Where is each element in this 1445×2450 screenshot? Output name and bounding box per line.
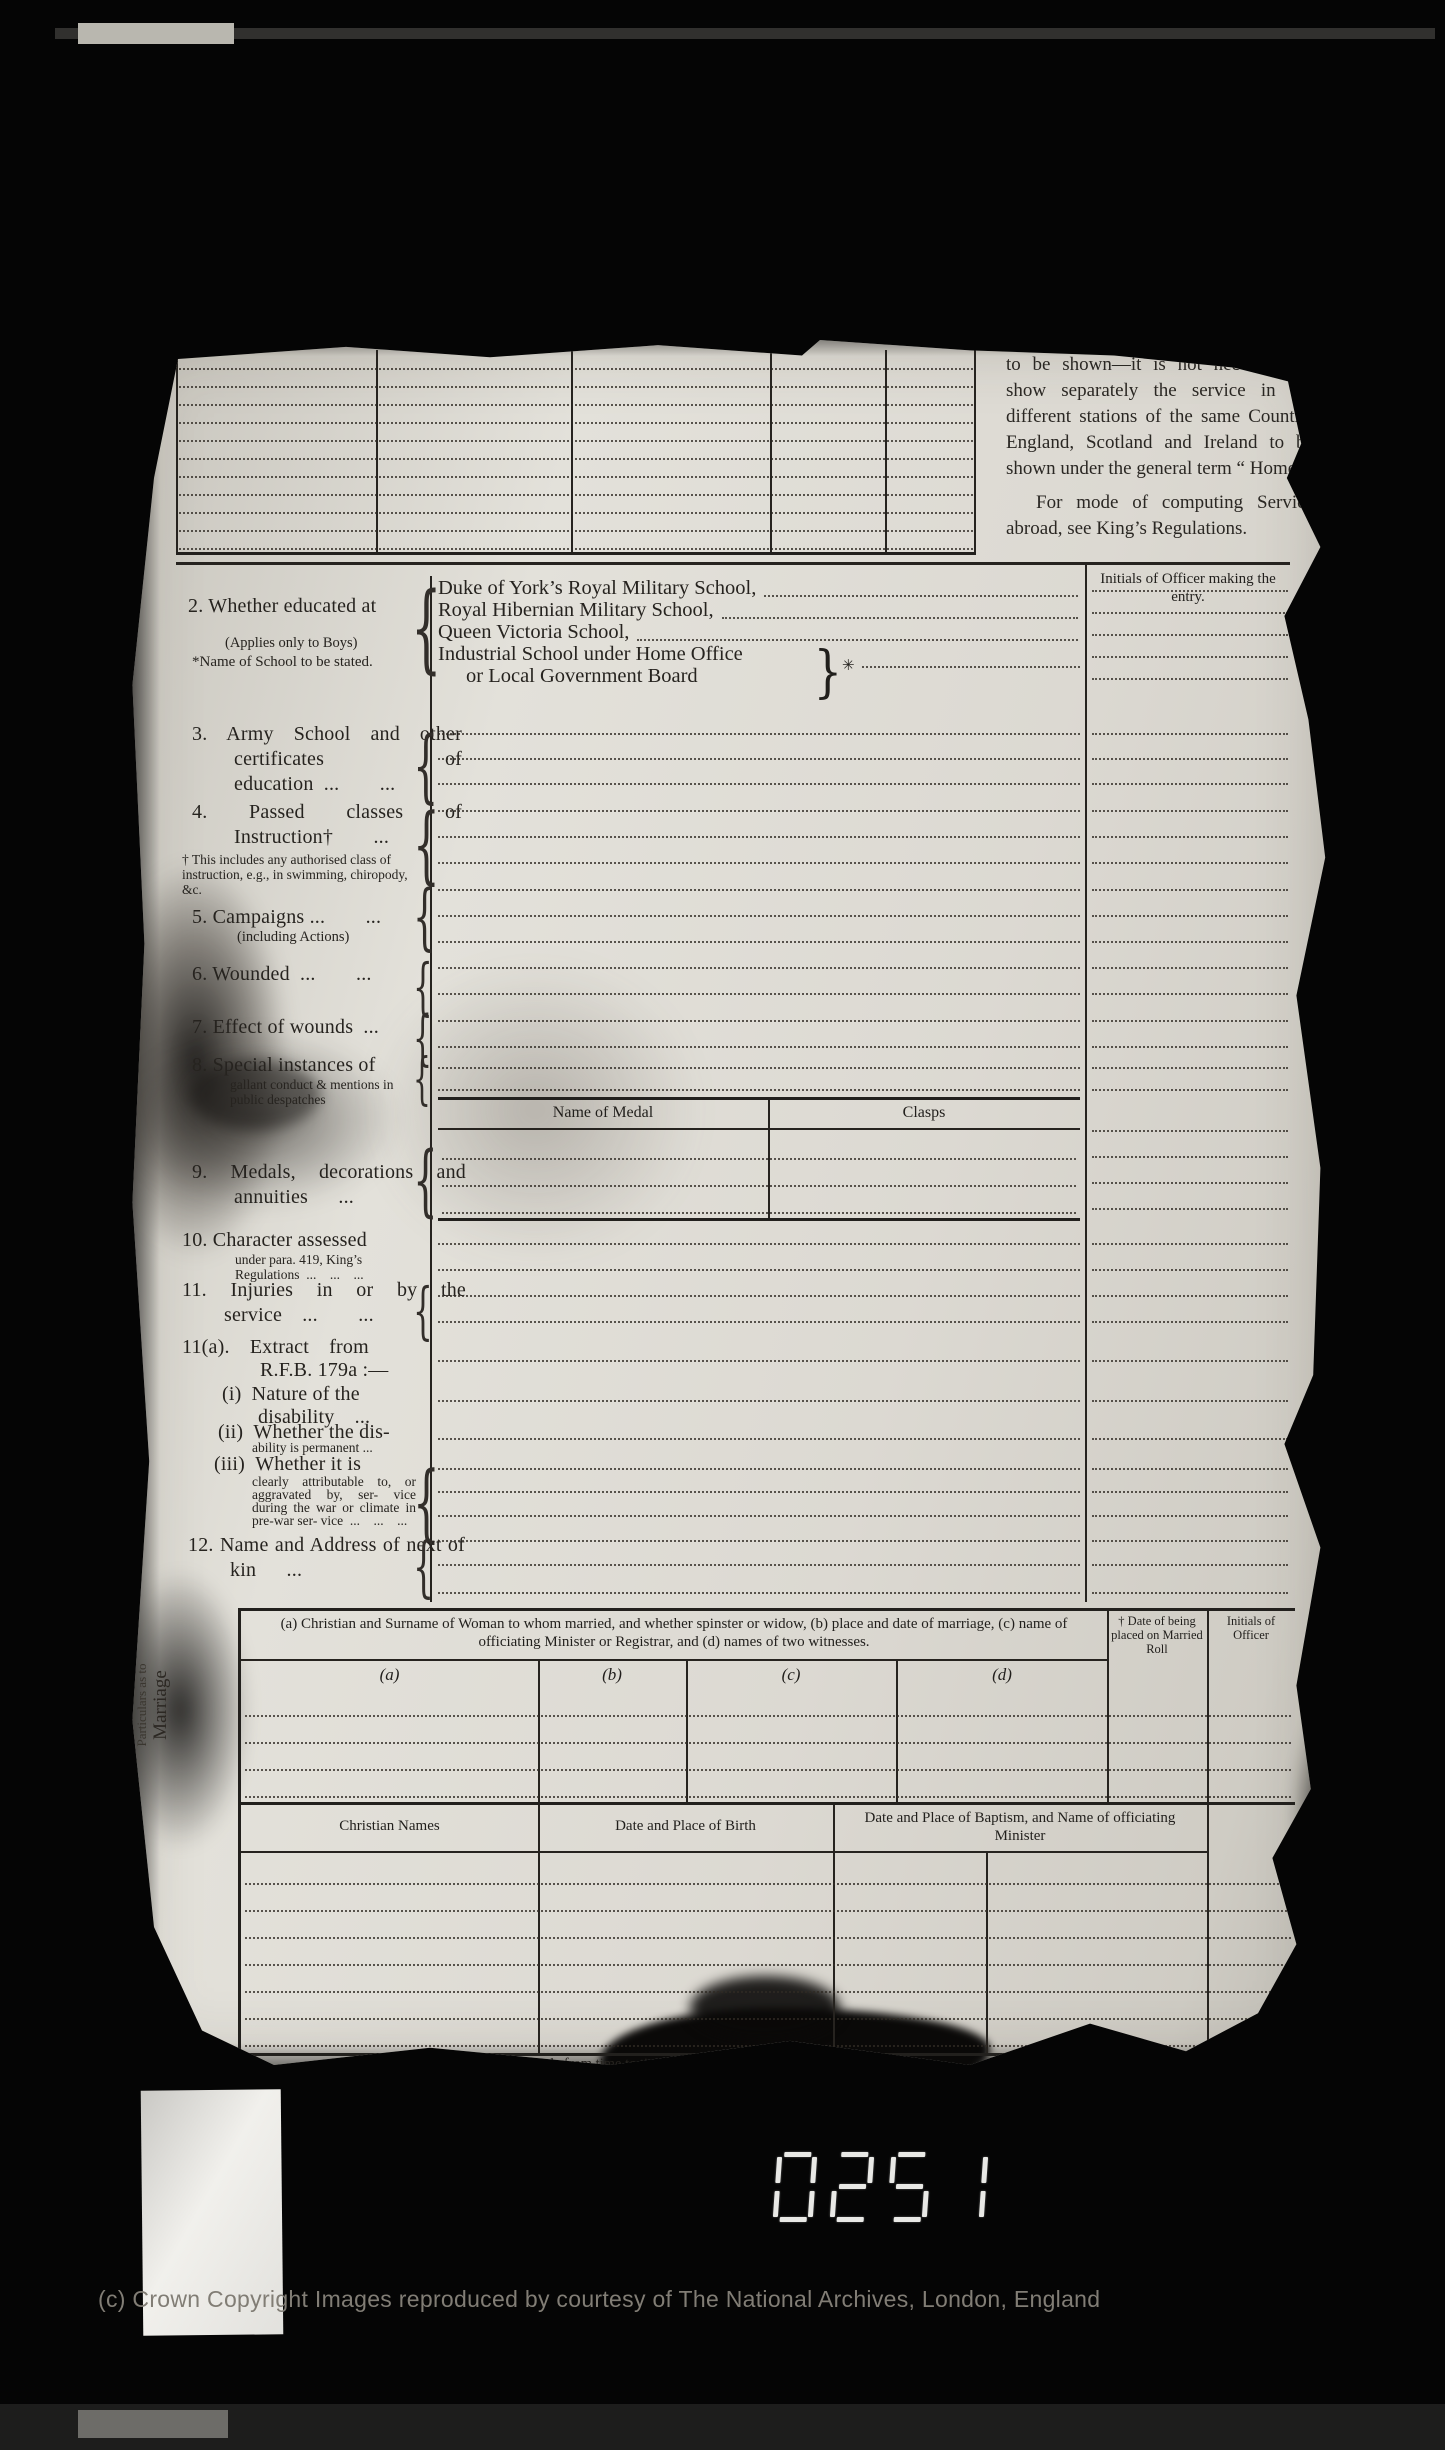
grid-line xyxy=(176,350,178,552)
dotted-rule xyxy=(1092,1468,1288,1470)
dotted-rule xyxy=(1092,1295,1288,1297)
dotted-rule xyxy=(442,1158,1076,1160)
section-2-title: 2. Whether educated at xyxy=(188,594,426,619)
digit-segment xyxy=(808,2191,815,2217)
section-7-title: 7. Effect of wounds ... xyxy=(192,1015,379,1040)
dotted-rule xyxy=(438,862,1080,864)
dotted-rule xyxy=(1092,1491,1288,1493)
digit-segment xyxy=(889,2157,896,2183)
section-5-note: (including Actions) xyxy=(237,930,349,945)
digit-segment xyxy=(896,2184,923,2189)
children-rows xyxy=(245,1805,1291,2053)
section-11a-iii-note: clearly attributable to, or aggravated b… xyxy=(252,1475,416,1527)
dotted-rule xyxy=(438,967,1080,969)
digit-segment xyxy=(837,2217,864,2222)
dotted-rule xyxy=(245,1991,1291,1993)
children-table: Christian Names Date and Place of Birth … xyxy=(238,1802,1295,2056)
dotted-rule xyxy=(1092,1540,1288,1542)
dotted-rule xyxy=(245,1937,1291,1939)
dotted-rule xyxy=(438,1515,1080,1517)
dotted-rule xyxy=(1092,678,1288,680)
side-label-line: Particulars as to xyxy=(134,1620,150,1790)
dotted-rule xyxy=(438,1067,1080,1069)
dotted-rule xyxy=(1092,993,1288,995)
dotted-rule xyxy=(1092,1400,1288,1402)
dotted-rule xyxy=(1092,1243,1288,1245)
marriage-rows xyxy=(245,1611,1291,1803)
digit-segment xyxy=(830,2191,837,2217)
dotted-rule xyxy=(1092,1515,1288,1517)
dotted-rule xyxy=(438,758,1080,760)
section-8-note: gallant conduct & mentions in public des… xyxy=(230,1077,420,1107)
dotted-rule xyxy=(438,1243,1080,1245)
copyright-text: (c) Crown Copyright Images reproduced by… xyxy=(98,2286,1388,2313)
frame-counter xyxy=(773,2152,989,2222)
dotted-rule xyxy=(442,1212,1076,1214)
seven-segment-digit xyxy=(944,2152,989,2222)
brace-glyph: { xyxy=(413,1280,433,1342)
scanner-top-strip xyxy=(55,28,1435,39)
digit-segment xyxy=(841,2152,868,2157)
dotted-rule xyxy=(438,1046,1080,1048)
dotted-rule xyxy=(1092,1046,1288,1048)
seven-segment-digit xyxy=(887,2152,932,2222)
footer-note: NOTE.—These entries are to be made from … xyxy=(260,2056,1190,2107)
section-11a-title-2: R.F.B. 179a :— xyxy=(260,1358,388,1383)
section-8-title: 8. Special instances of xyxy=(192,1053,375,1078)
dotted-rule xyxy=(1092,1156,1288,1158)
dotted-rule xyxy=(438,941,1080,943)
digit-segment xyxy=(979,2191,986,2217)
dotted-rule xyxy=(438,915,1080,917)
grid-line xyxy=(376,350,378,552)
side-label-line: Marriage xyxy=(150,1620,172,1790)
seven-segment-digit xyxy=(773,2152,818,2222)
dotted-rule xyxy=(1092,1438,1288,1440)
dotted-rule xyxy=(438,733,1080,735)
dotted-rule xyxy=(438,1491,1080,1493)
dotted-rule xyxy=(245,2018,1291,2020)
dotted-rule xyxy=(438,1564,1080,1566)
brace-glyph: { xyxy=(411,580,442,676)
dotted-rule xyxy=(438,993,1080,995)
digit-segment xyxy=(780,2217,807,2222)
footer-note-line: To be ruled through (a) in the case of a… xyxy=(260,2073,1190,2090)
dotted-rule xyxy=(1092,1089,1288,1091)
medal-rows xyxy=(442,1100,1076,1218)
scanned-form-page: to be shown—it is not necessary to show … xyxy=(130,340,1330,2065)
dotted-rule xyxy=(245,1715,1291,1717)
brace-glyph: { xyxy=(413,726,438,806)
digit-segment xyxy=(773,2191,780,2217)
ink-stain xyxy=(110,1570,250,1850)
dotted-rule xyxy=(438,836,1080,838)
dotted-rule xyxy=(1092,1321,1288,1323)
digit-segment xyxy=(981,2157,988,2183)
dotted-rule xyxy=(1092,862,1288,864)
dotted-rule xyxy=(1092,1360,1288,1362)
dotted-rule xyxy=(1092,1067,1288,1069)
medal-table: Name of Medal Clasps xyxy=(438,1097,1080,1221)
dotted-rule xyxy=(1092,941,1288,943)
digit-segment xyxy=(898,2152,925,2157)
brace-glyph: { xyxy=(413,880,436,952)
brace-glyph: { xyxy=(413,1142,438,1220)
dotted-rule xyxy=(438,810,1080,812)
dotted-rule xyxy=(1092,656,1288,658)
digit-segment xyxy=(775,2157,782,2183)
scanner-top-tab xyxy=(78,23,234,44)
digit-segment xyxy=(922,2191,929,2217)
edge-shadow xyxy=(130,340,160,2065)
dotted-rule xyxy=(1092,758,1288,760)
dotted-rule xyxy=(245,1769,1291,1771)
scanner-bottom-tab xyxy=(78,2410,228,2438)
dotted-rule xyxy=(1092,915,1288,917)
dotted-rule xyxy=(438,1089,1080,1091)
dotted-rule xyxy=(438,1540,1080,1542)
dotted-rule xyxy=(1092,634,1288,636)
dotted-rule xyxy=(442,1185,1076,1187)
dotted-rule xyxy=(1092,1208,1288,1210)
dotted-rule xyxy=(438,783,1080,785)
dotted-rule xyxy=(1092,1564,1288,1566)
seven-segment-digit xyxy=(830,2152,875,2222)
scanner-viewport: to be shown—it is not necessary to show … xyxy=(0,0,1445,2450)
dotted-rule xyxy=(245,1742,1291,1744)
dotted-rule xyxy=(245,1964,1291,1966)
brace-glyph: { xyxy=(413,1534,434,1600)
section-11a-i: (i) Nature of the xyxy=(222,1382,360,1407)
dotted-rule xyxy=(1092,1020,1288,1022)
digit-segment xyxy=(839,2184,866,2189)
dotted-rule xyxy=(1092,612,1288,614)
section-4-note: † This includes any authorised class of … xyxy=(182,852,414,897)
dotted-rule xyxy=(438,1269,1080,1271)
section-6-title: 6. Wounded ... ... xyxy=(192,962,372,987)
digit-segment xyxy=(810,2157,817,2183)
digit-segment xyxy=(894,2217,921,2222)
dotted-rule xyxy=(438,889,1080,891)
section-5-title: 5. Campaigns ... ... xyxy=(192,905,381,930)
marriage-table: (a) Christian and Surname of Woman to wh… xyxy=(238,1608,1295,1803)
dotted-rule xyxy=(1092,889,1288,891)
dotted-rule xyxy=(245,1910,1291,1912)
marriage-side-label: Particulars as to Marriage xyxy=(134,1620,180,1790)
section-2-note: *Name of School to be stated. xyxy=(192,655,373,670)
dotted-rule xyxy=(438,1020,1080,1022)
dotted-rule xyxy=(245,1796,1291,1798)
dotted-rule xyxy=(1092,836,1288,838)
dotted-rule xyxy=(1092,733,1288,735)
dotted-rule xyxy=(1092,1269,1288,1271)
dotted-rule xyxy=(1092,1130,1288,1132)
footer-note-line: soldier is xyxy=(260,2090,1190,2107)
section-2-note: (Applies only to Boys) xyxy=(225,636,358,651)
dotted-rule xyxy=(438,1468,1080,1470)
dotted-rule xyxy=(1092,590,1288,592)
dotted-rule xyxy=(1092,1592,1288,1594)
dotted-rule xyxy=(438,1438,1080,1440)
dotted-rule xyxy=(1092,967,1288,969)
section-11a-title: 11(a). Extract from xyxy=(182,1335,369,1360)
dotted-rule xyxy=(438,1321,1080,1323)
form-rule xyxy=(1085,562,1087,1602)
dotted-rule xyxy=(1092,810,1288,812)
dotted-rule xyxy=(1092,1182,1288,1184)
dotted-rule xyxy=(438,1295,1080,1297)
brace-glyph: { xyxy=(413,1052,431,1108)
footer-note-line: NOTE.—These entries are to be made from … xyxy=(260,2056,1190,2073)
dotted-rule xyxy=(438,1592,1080,1594)
dotted-rule xyxy=(245,2045,1291,2047)
dotted-rule xyxy=(1092,783,1288,785)
digit-segment xyxy=(867,2157,874,2183)
digit-segment xyxy=(784,2152,811,2157)
section-10-title: 10. Character assessed xyxy=(182,1228,367,1253)
dotted-rule xyxy=(438,1400,1080,1402)
dotted-rule xyxy=(438,1360,1080,1362)
dotted-rule xyxy=(245,1883,1291,1885)
